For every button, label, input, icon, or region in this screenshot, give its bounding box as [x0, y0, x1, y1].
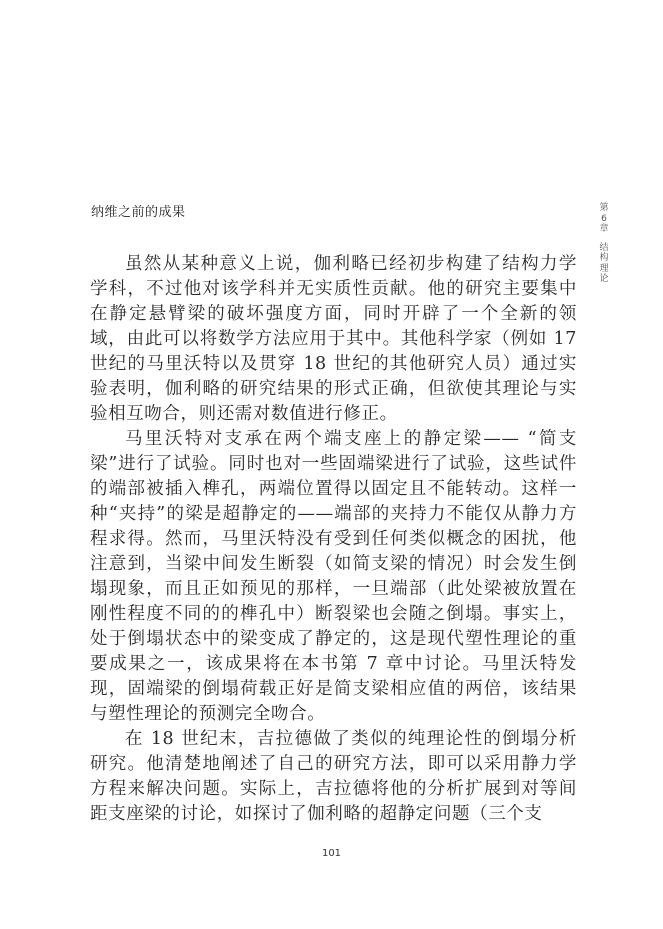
- page-number: 101: [0, 848, 663, 859]
- chapter-number-label: 第 6 章: [597, 203, 611, 235]
- chapter-title-char: 构: [597, 253, 611, 264]
- body-text: 虽然从某种意义上说，伽利略已经初步构建了结构力学学科，不过他对该学科并无实质性贡…: [90, 252, 577, 827]
- book-page: 纳维之前的成果 第 6 章 结 构 理 论 虽然从某种意义上说，伽利略已经初步构…: [0, 0, 663, 929]
- chapter-title-char: 论: [597, 274, 611, 285]
- chapter-char: 6: [597, 214, 611, 225]
- chapter-char: 章: [597, 224, 611, 235]
- chapter-title-label: 结 构 理 论: [597, 243, 611, 285]
- chapter-title-char: 理: [597, 264, 611, 275]
- paragraph: 虽然从某种意义上说，伽利略已经初步构建了结构力学学科，不过他对该学科并无实质性贡…: [90, 252, 577, 427]
- paragraph: 马里沃特对支承在两个端支座上的静定梁—— “简支梁”进行了试验。同时也对一些固端…: [90, 427, 577, 727]
- chapter-title-char: 结: [597, 243, 611, 254]
- section-heading: 纳维之前的成果: [91, 203, 186, 223]
- chapter-char: 第: [597, 203, 611, 214]
- paragraph: 在 18 世纪末，吉拉德做了类似的纯理论性的倒塌分析研究。他清楚地阐述了自己的研…: [90, 727, 577, 827]
- chapter-side-tab: 第 6 章 结 构 理 论: [597, 203, 611, 285]
